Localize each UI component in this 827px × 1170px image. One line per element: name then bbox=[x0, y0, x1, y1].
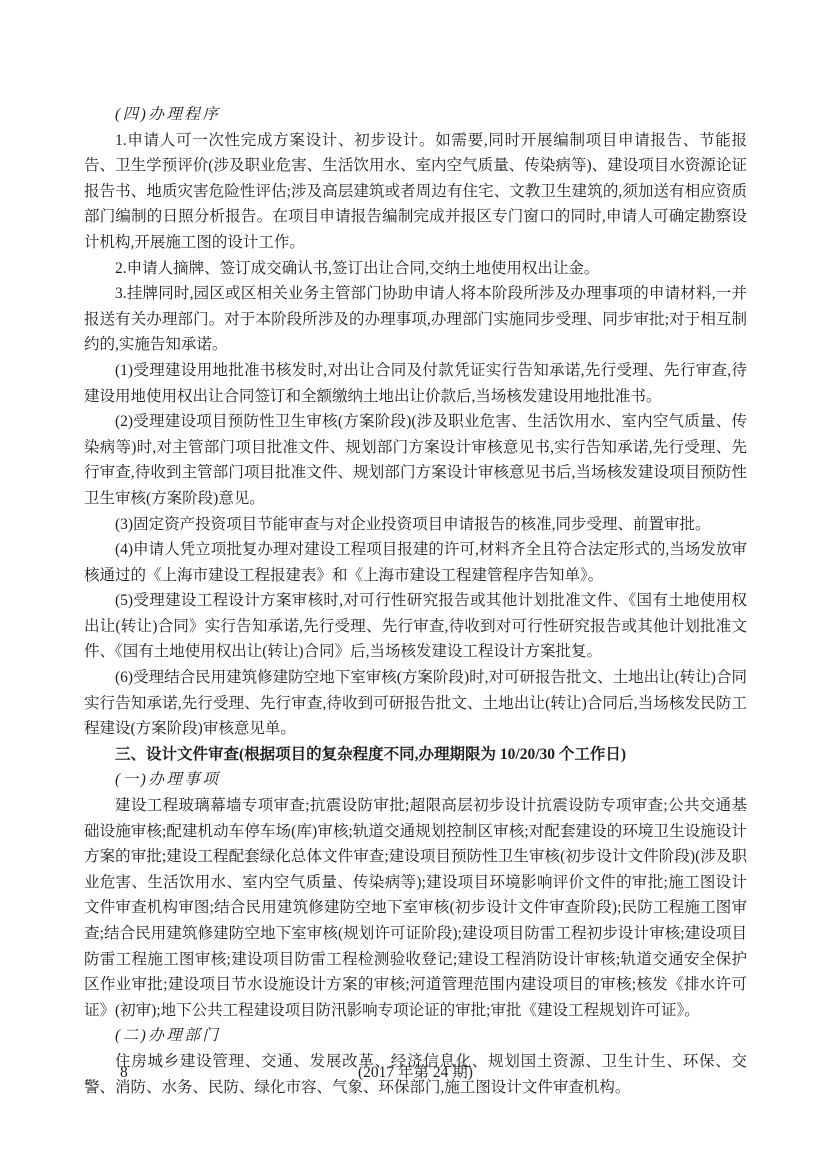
document-body: (四)办理程序1.申请人可一次性完成方案设计、初步设计。如需要,同时开展编制项目… bbox=[84, 102, 747, 1100]
paragraph: (1)受理建设用地批准书核发时,对出让合同及付款凭证实行告知承诺,先行受理、先行… bbox=[84, 358, 747, 409]
paragraph: (3)固定资产投资项目节能审查与对企业投资项目申请报告的核准,同步受理、前置审批… bbox=[84, 512, 747, 538]
paragraph: 1.申请人可一次性完成方案设计、初步设计。如需要,同时开展编制项目申请报告、节能… bbox=[84, 128, 747, 256]
paragraph: 3.挂牌同时,园区或区相关业务主管部门协助申请人将本阶段所涉及办理事项的申请材料… bbox=[84, 281, 747, 358]
paragraph: 2.申请人摘牌、签订成交确认书,签订出让合同,交纳土地使用权出让金。 bbox=[84, 256, 747, 282]
paragraph: (6)受理结合民用建筑修建防空地下室审核(方案阶段)时,对可研报告批文、土地出让… bbox=[84, 665, 747, 742]
paragraph: 建设工程玻璃幕墙专项审查;抗震设防审批;超限高层初步设计抗震设防专项审查;公共交… bbox=[84, 793, 747, 1023]
document-page: (四)办理程序1.申请人可一次性完成方案设计、初步设计。如需要,同时开展编制项目… bbox=[0, 0, 827, 1170]
heading-kaiti: (二)办理部门 bbox=[84, 1023, 747, 1049]
heading-kaiti: (四)办理程序 bbox=[84, 102, 747, 128]
issue-label: (2017 年第 24 期) bbox=[84, 1060, 747, 1086]
paragraph: (2)受理建设项目预防性卫生审核(方案阶段)(涉及职业危害、生活饮用水、室内空气… bbox=[84, 409, 747, 511]
paragraph: (4)申请人凭立项批复办理对建设工程项目报建的许可,材料齐全且符合法定形式的,当… bbox=[84, 537, 747, 588]
page-footer: 8 (2017 年第 24 期) bbox=[84, 1060, 747, 1086]
heading-bold: 三、设计文件审查(根据项目的复杂程度不同,办理期限为 10/20/30 个工作日… bbox=[84, 742, 747, 768]
heading-kaiti: (一)办理事项 bbox=[84, 767, 747, 793]
paragraph: (5)受理建设工程设计方案审核时,对可行性研究报告或其他计划批准文件、《国有土地… bbox=[84, 588, 747, 665]
